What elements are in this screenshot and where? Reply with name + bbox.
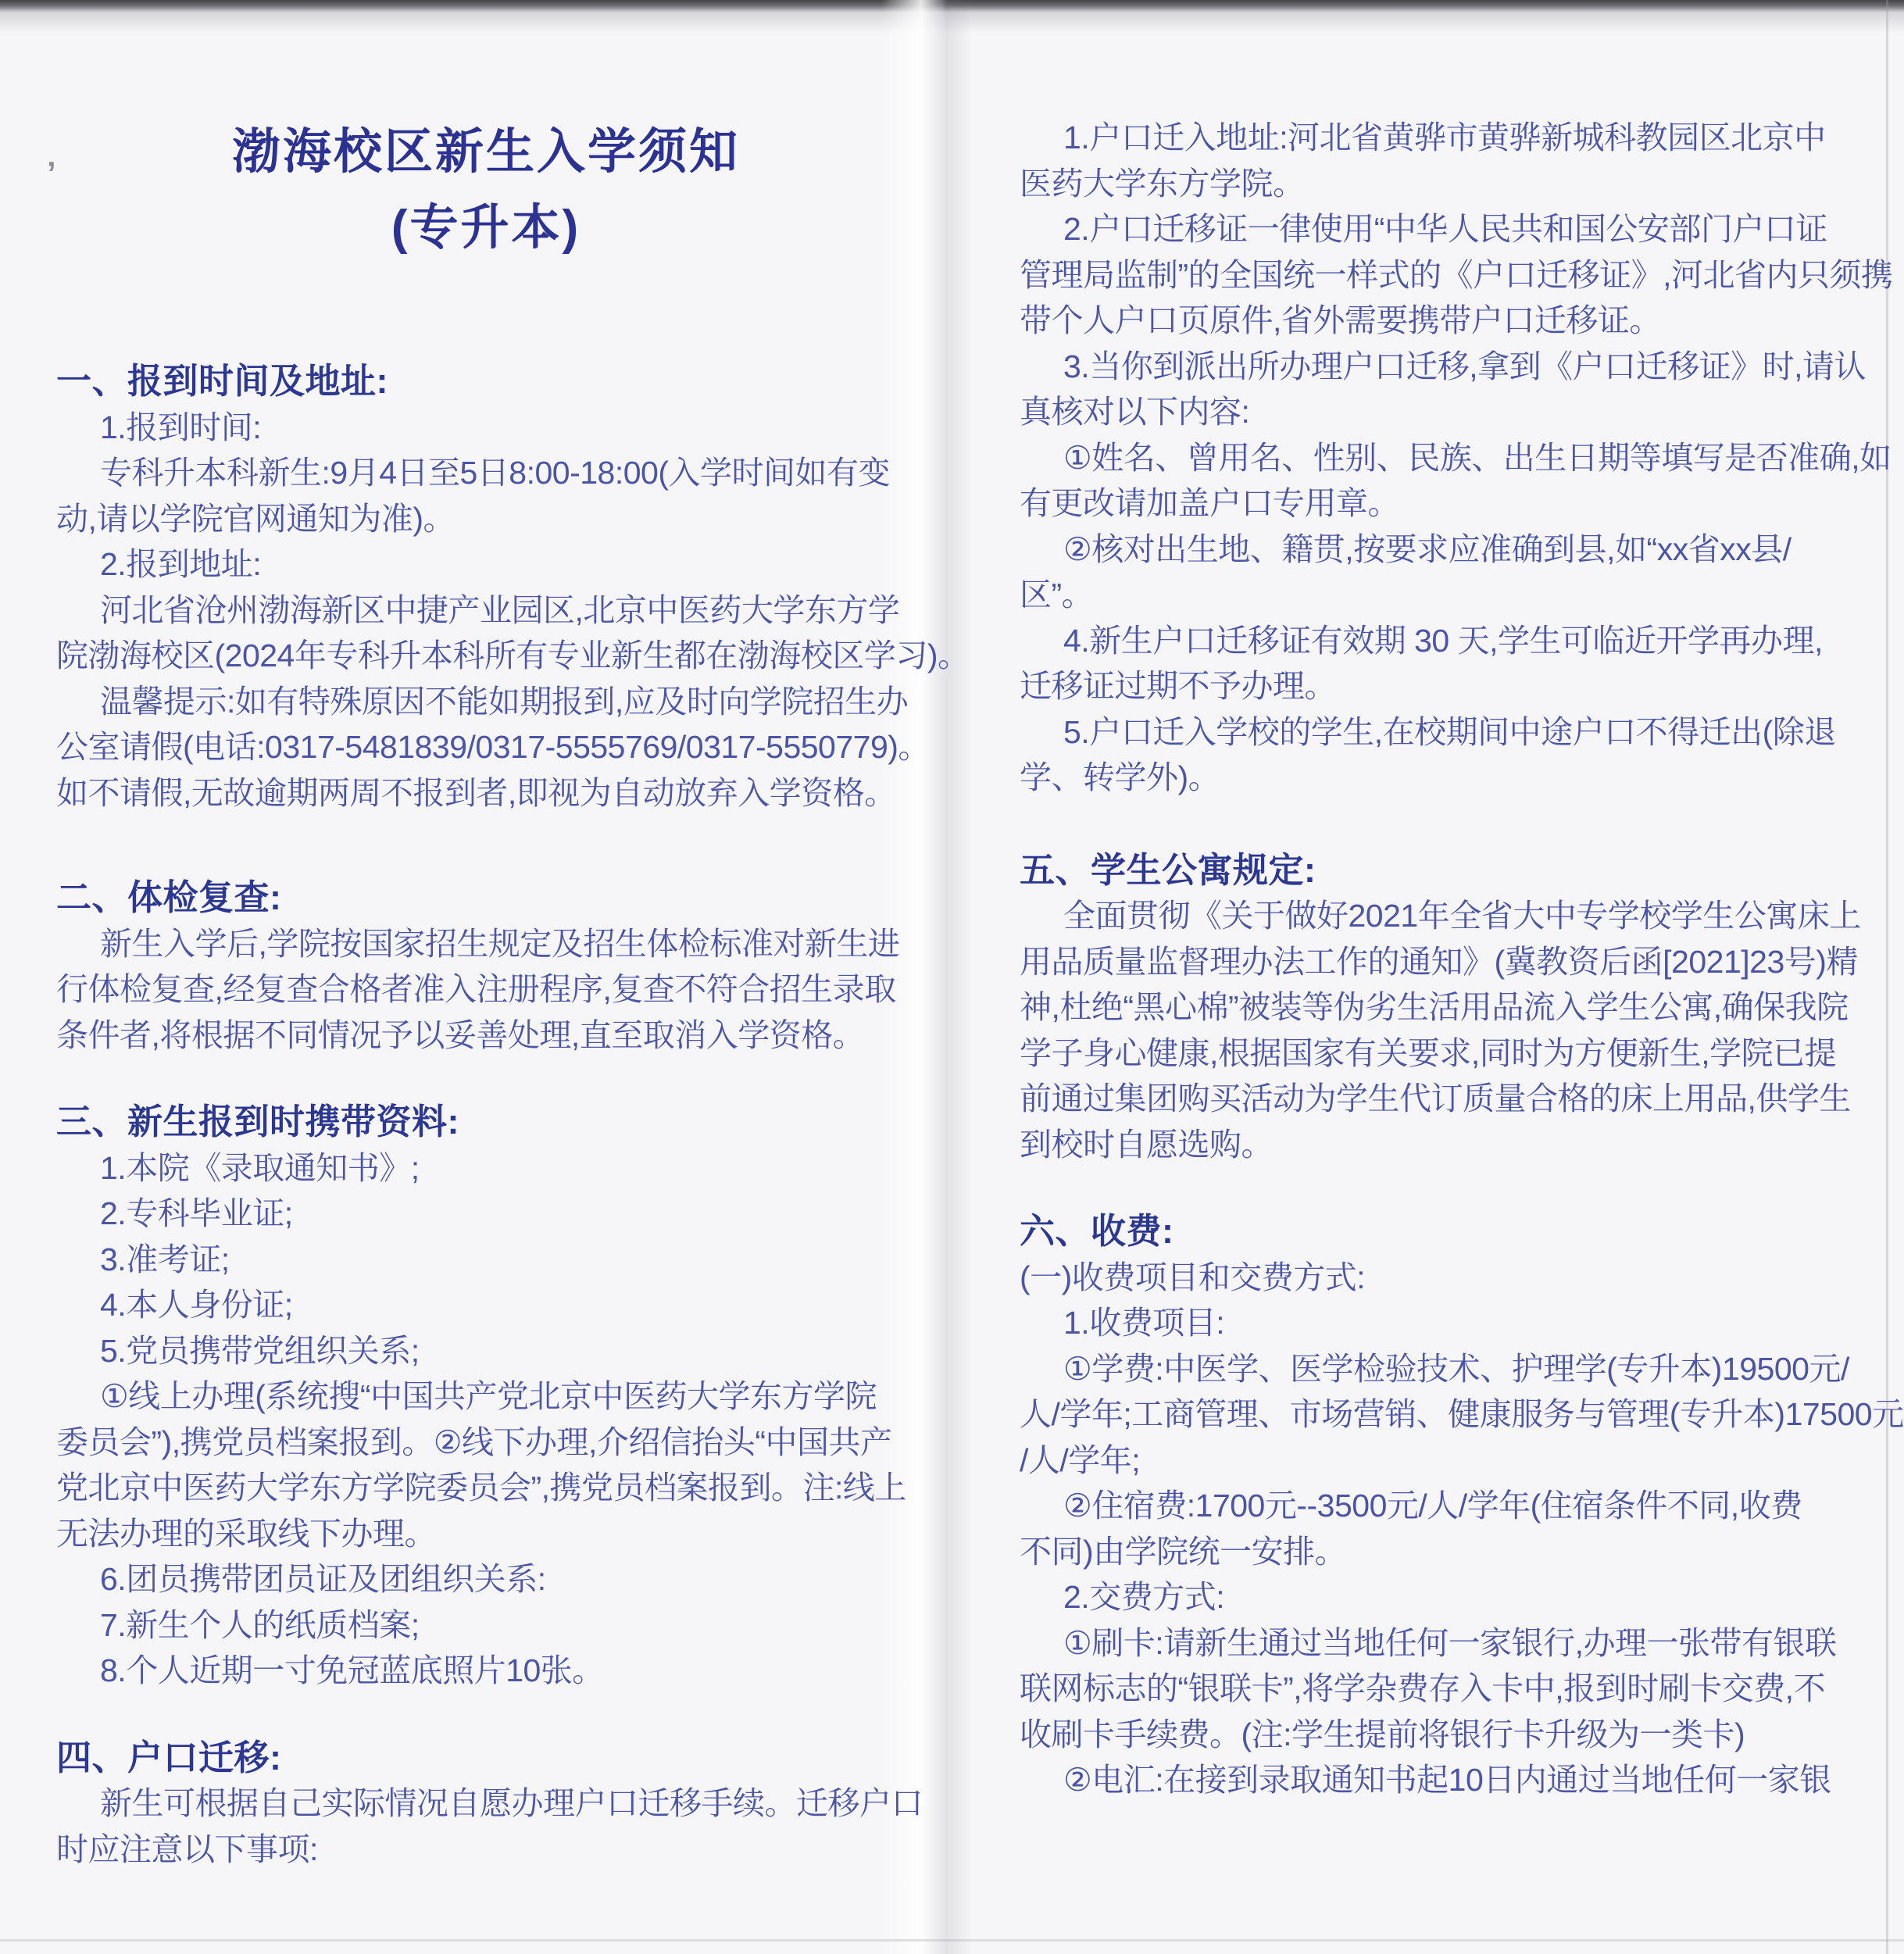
text-line: ①学费:中医学、医学检验技术、护理学(专升本)19500元/ [1020,1346,1888,1392]
text-line: 如不请假,无故逾期两周不报到者,即视为自动放弃入学资格。 [56,770,916,816]
text-line: 不同)由学院统一安排。 [1020,1529,1888,1575]
text-line: 动,请以学院官网通知为准)。 [56,496,916,542]
page-title: 渤海校区新生入学须知 [56,114,916,190]
text-line: 有更改请加盖户口专用章。 [1020,480,1888,527]
text-line: (一)收费项目和交费方式: [1020,1255,1888,1301]
text-line: 河北省沧州渤海新区中捷产业园区,北京中医药大学东方学 [56,588,916,634]
stray-ink-mark: ’ [47,155,56,192]
right-column: 1.户口迁入地址:河北省黄骅市黄骅新城科教园区北京中医药大学东方学院。2.户口迁… [1020,115,1888,1803]
text-line: 1.报到时间: [56,405,916,451]
text-line: 区”。 [1020,572,1888,618]
page: ’ 渤海校区新生入学须知(专升本)一、报到时间及地址:1.报到时间:专科升本科新… [0,0,1904,1954]
text-line: 前通过集团购买活动为学生代订质量合格的床上用品,供学生 [1020,1076,1888,1122]
section-heading-3: 三、新生报到时携带资料: [56,1099,916,1145]
text-line: 院渤海校区(2024年专科升本科所有专业新生都在渤海校区学习)。 [56,633,916,679]
text-line: 新生入学后,学院按国家招生规定及招生体检标准对新生进 [56,921,916,967]
text-line: 委员会”),携党员档案报到。②线下办理,介绍信抬头“中国共产 [56,1420,916,1466]
text-line: 专科升本科新生:9月4日至5日8:00-18:00(入学时间如有变 [56,450,916,496]
text-line: 全面贯彻《关于做好2021年全省大中专学校学生公寓床上 [1020,893,1888,939]
text-line: 神,杜绝“黑心棉”被装等伪劣生活用品流入学生公寓,确保我院 [1020,984,1888,1031]
text-line: 真核对以下内容: [1020,389,1888,435]
text-line: ①线上办理(系统搜“中国共产党北京中医药大学东方学院 [56,1374,916,1420]
text-line: ②住宿费:1700元--3500元/人/学年(住宿条件不同,收费 [1020,1483,1888,1529]
text-line: 2.专科毕业证; [56,1191,916,1237]
text-line: ②电汇:在接到录取通知书起10日内通过当地任何一家银 [1020,1757,1888,1803]
left-column: 渤海校区新生入学须知(专升本)一、报到时间及地址:1.报到时间:专科升本科新生:… [56,114,916,1872]
text-line: 温馨提示:如有特殊原因不能如期报到,应及时向学院招生办 [56,679,916,725]
text-line: 2.报到地址: [56,541,916,588]
text-line: 收刷卡手续费。(注:学生提前将银行卡升级为一类卡) [1020,1712,1888,1758]
text-line: 联网标志的“银联卡”,将学杂费存入卡中,报到时刷卡交费,不 [1020,1666,1888,1712]
section-heading-2: 二、体检复查: [56,875,916,921]
section-heading-4: 四、户口迁移: [56,1735,916,1781]
text-line: 1.户口迁入地址:河北省黄骅市黄骅新城科教园区北京中 [1020,115,1888,161]
text-line: 3.准考证; [56,1237,916,1283]
section-heading-5: 五、学生公寓规定: [1020,848,1888,894]
text-line: ②核对出生地、籍贯,按要求应准确到县,如“xx省xx县/ [1020,527,1888,573]
text-line: 学子身心健康,根据国家有关要求,同时为方便新生,学院已提 [1020,1031,1888,1077]
text-line: 公室请假(电话:0317-5481839/0317-5555769/0317-5… [56,724,916,770]
text-line: 1.收费项目: [1020,1300,1888,1346]
text-line: 6.团员携带团员证及团组织关系: [56,1556,916,1602]
text-line: 4.新生户口迁移证有效期 30 天,学生可临近开学再办理, [1020,618,1888,664]
text-line: 5.党员携带党组织关系; [56,1328,916,1374]
text-line: 5.户口迁入学校的学生,在校期间中途户口不得迁出(除退 [1020,709,1888,756]
text-line: ①刷卡:请新生通过当地任何一家银行,办理一张带有银联 [1020,1620,1888,1666]
text-line: 1.本院《录取通知书》; [56,1145,916,1191]
text-line: 7.新生个人的纸质档案; [56,1602,916,1649]
text-line: 医药大学东方学院。 [1020,161,1888,207]
text-line: 2.户口迁移证一律使用“中华人民共和国公安部门户口证 [1020,206,1888,252]
scan-edge-bottom [0,1939,1904,1941]
text-line: 4.本人身份证; [56,1282,916,1328]
text-line: 条件者,将根据不同情况予以妥善处理,直至取消入学资格。 [56,1013,916,1059]
text-line: 3.当你到派出所办理户口迁移,拿到《户口迁移证》时,请认 [1020,344,1888,390]
page-subtitle: (专升本) [56,190,916,266]
text-line: 迁移证过期不予办理。 [1020,663,1888,709]
text-line: 无法办理的采取线下办理。 [56,1511,916,1557]
text-line: 行体检复查,经复查合格者准入注册程序,复查不符合招生录取 [56,966,916,1013]
text-line: 新生可根据自己实际情况自愿办理户口迁移手续。迁移户口 [56,1781,916,1827]
text-line: 用品质量监督理办法工作的通知》(冀教资后函[2021]23号)精 [1020,939,1888,985]
text-line: 带个人户口页原件,省外需要携带户口迁移证。 [1020,298,1888,344]
section-heading-6: 六、收费: [1020,1209,1888,1255]
text-line: 党北京中医药大学东方学院委员会”,携党员档案报到。注:线上 [56,1465,916,1511]
text-line: 学、转学外)。 [1020,755,1888,801]
text-line: 2.交费方式: [1020,1574,1888,1620]
text-line: 8.个人近期一寸免冠蓝底照片10张。 [56,1648,916,1694]
text-line: 到校时自愿选购。 [1020,1122,1888,1168]
text-line: 管理局监制”的全国统一样式的《户口迁移证》,河北省内只须携 [1020,252,1888,298]
text-line: 人/学年;工商管理、市场营销、健康服务与管理(专升本)17500元 [1020,1391,1888,1438]
section-heading-1: 一、报到时间及地址: [56,359,916,405]
text-line: 时应注意以下事项: [56,1827,916,1873]
text-line: ①姓名、曾用名、性别、民族、出生日期等填写是否准确,如 [1020,435,1888,481]
text-line: /人/学年; [1020,1438,1888,1484]
